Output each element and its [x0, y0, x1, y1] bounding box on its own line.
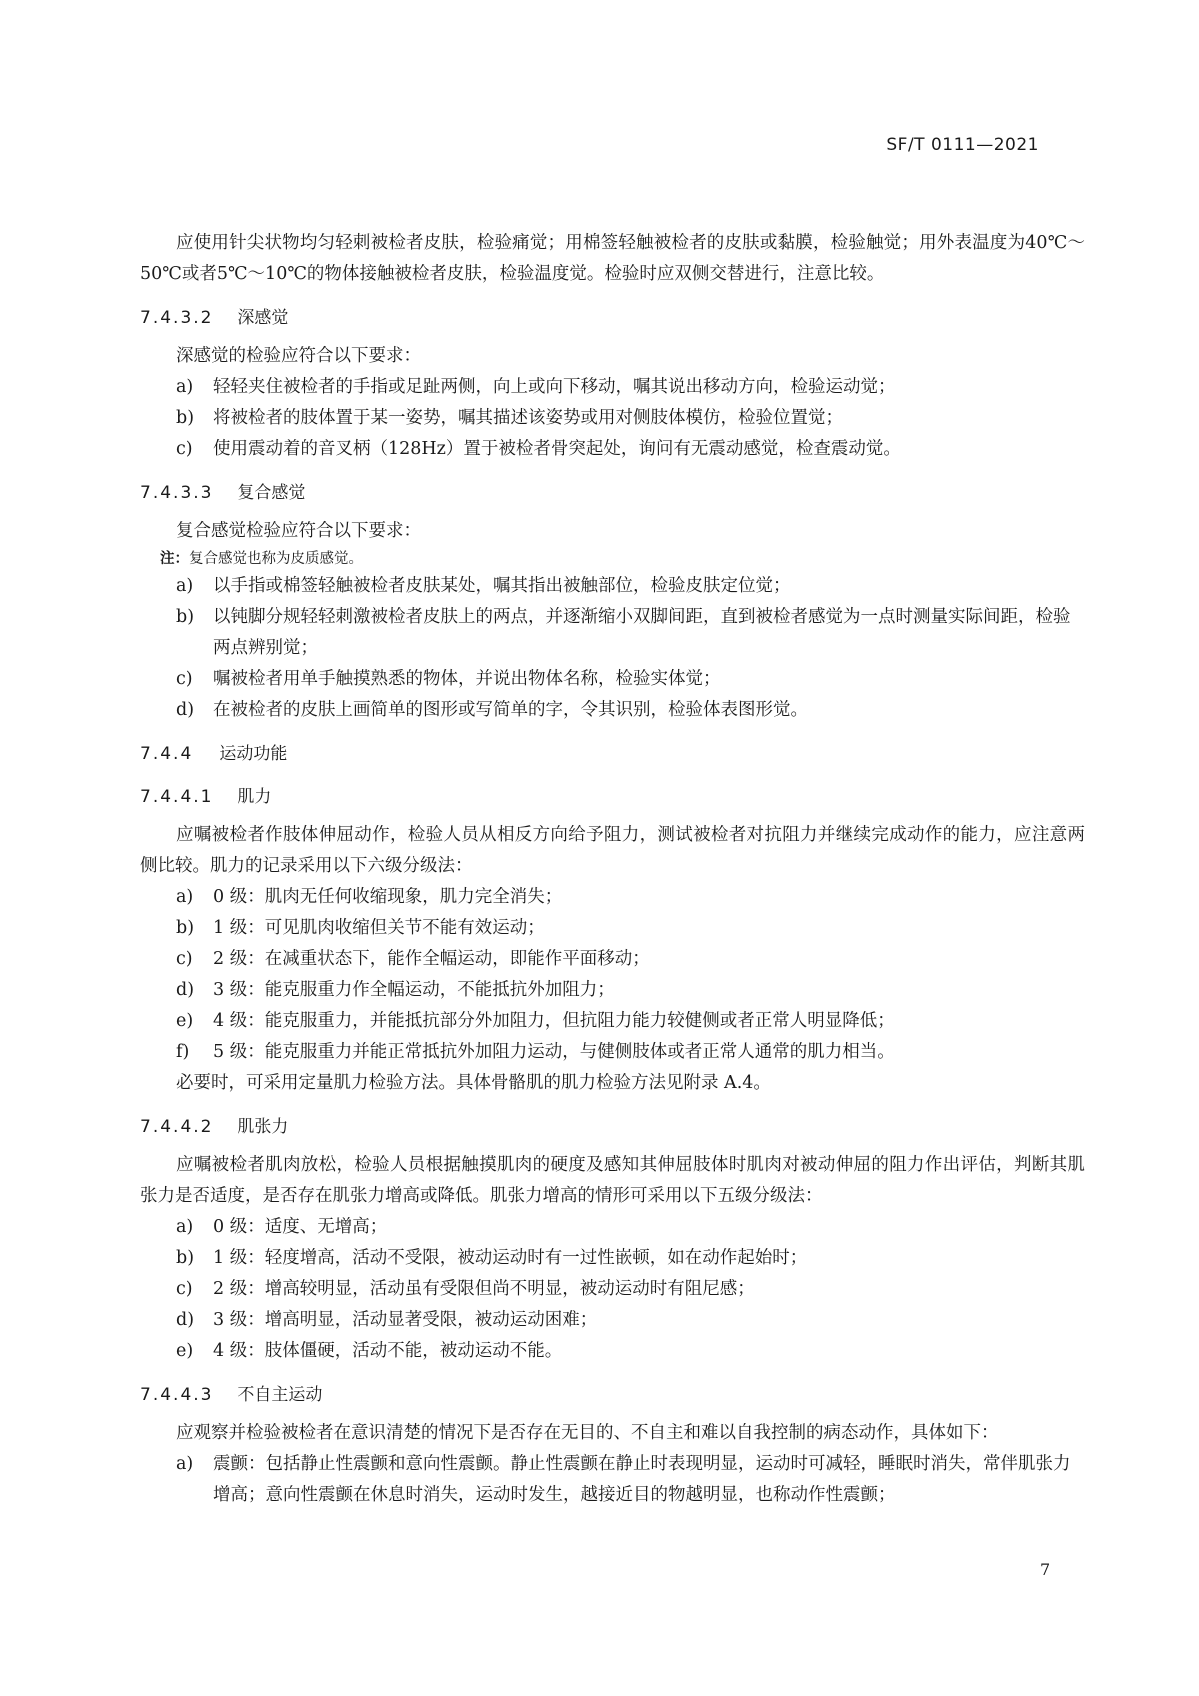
list-item: c)2 级：在减重状态下，能作全幅运动，即能作平面移动； [140, 944, 1085, 975]
list-marker: a) [176, 571, 193, 602]
list-text: 使用震动着的音叉柄（128Hz）置于被检者骨突起处，询问有无震动感觉，检查震动觉… [213, 439, 901, 459]
section-title: 深感觉 [237, 308, 288, 328]
list-item: b)1 级：可见肌肉收缩但关节不能有效运动； [140, 913, 1085, 944]
section-lead: 应观察并检验被检者在意识清楚的情况下是否存在无目的、不自主和难以自我控制的病态动… [140, 1418, 1085, 1449]
section-title: 肌张力 [237, 1117, 288, 1137]
section-lead: 应嘱被检者作肢体伸屈动作，检验人员从相反方向给予阻力，测试被检者对抗阻力并继续完… [140, 820, 1085, 882]
list-marker: e) [176, 1006, 193, 1037]
list-marker: c) [176, 1274, 193, 1305]
section-heading-7443: 7.4.4.3 不自主运动 [140, 1380, 1085, 1410]
section-title: 运动功能 [219, 744, 287, 764]
section-trailer: 必要时，可采用定量肌力检验方法。具体骨骼肌的肌力检验方法见附录 A.4。 [140, 1068, 1085, 1099]
list-marker: a) [176, 882, 193, 913]
section-heading-744: 7.4.4 运动功能 [140, 739, 1085, 769]
note-text: 复合感觉也称为皮质感觉。 [189, 551, 363, 567]
list-text: 0 级：肌肉无任何收缩现象，肌力完全消失； [213, 887, 562, 907]
list-item: a)轻轻夹住被检者的手指或足趾两侧，向上或向下移动，嘱其说出移动方向，检验运动觉… [140, 372, 1085, 403]
list-item: b)以钝脚分规轻轻刺激被检者皮肤上的两点，并逐渐缩小双脚间距，直到被检者感觉为一… [140, 602, 1085, 664]
list-item: a)0 级：适度、无增高； [140, 1212, 1085, 1243]
list-text: 轻轻夹住被检者的手指或足趾两侧，向上或向下移动，嘱其说出移动方向，检验运动觉； [213, 377, 896, 397]
list-text: 1 级：轻度增高，活动不受限，被动运动时有一过性嵌顿，如在动作起始时； [213, 1248, 807, 1268]
list-text: 将被检者的肢体置于某一姿势，嘱其描述该姿势或用对侧肢体模仿，检验位置觉； [213, 408, 843, 428]
list-item: e)4 级：能克服重力，并能抵抗部分外加阻力，但抗阻力能力较健侧或者正常人明显降… [140, 1006, 1085, 1037]
section-heading-7442: 7.4.4.2 肌张力 [140, 1112, 1085, 1142]
list-item: c)使用震动着的音叉柄（128Hz）置于被检者骨突起处，询问有无震动感觉，检查震… [140, 434, 1085, 465]
list-item: d)3 级：能克服重力作全幅运动，不能抵抗外加阻力； [140, 975, 1085, 1006]
list-marker: c) [176, 664, 193, 695]
section-lead: 深感觉的检验应符合以下要求： [140, 341, 1085, 372]
section-number: 7.4.4.1 [140, 782, 232, 812]
section-title: 复合感觉 [237, 483, 305, 503]
list-text: 2 级：在减重状态下，能作全幅运动，即能作平面移动； [213, 949, 650, 969]
list-marker: f) [176, 1037, 189, 1068]
page-body: 应使用针尖状物均匀轻刺被检者皮肤，检验痛觉；用棉签轻触被检者的皮肤或黏膜，检验触… [140, 228, 1085, 1511]
list-item: c)2 级：增高较明显，活动虽有受限但尚不明显，被动运动时有阻尼感； [140, 1274, 1085, 1305]
list-marker: b) [176, 403, 194, 434]
list-item: f)5 级：能克服重力并能正常抵抗外加阻力运动，与健侧肢体或者正常人通常的肌力相… [140, 1037, 1085, 1068]
list-item: a)0 级：肌肉无任何收缩现象，肌力完全消失； [140, 882, 1085, 913]
section-heading-7432: 7.4.3.2 深感觉 [140, 303, 1085, 333]
list-item: b)1 级：轻度增高，活动不受限，被动运动时有一过性嵌顿，如在动作起始时； [140, 1243, 1085, 1274]
list-text: 嘱被检者用单手触摸熟悉的物体，并说出物体名称，检验实体觉； [213, 669, 721, 689]
list-item: c)嘱被检者用单手触摸熟悉的物体，并说出物体名称，检验实体觉； [140, 664, 1085, 695]
list-text: 3 级：能克服重力作全幅运动，不能抵抗外加阻力； [213, 980, 615, 1000]
list-text: 震颤：包括静止性震颤和意向性震颤。静止性震颤在静止时表现明显，运动时可减轻，睡眠… [213, 1454, 1071, 1505]
section-number: 7.4.4.2 [140, 1112, 232, 1142]
list-text: 以手指或棉签轻触被检者皮肤某处，嘱其指出被触部位，检验皮肤定位觉； [213, 576, 791, 596]
section-lead: 复合感觉检验应符合以下要求： [140, 516, 1085, 547]
page-number: 7 [1040, 1560, 1050, 1579]
list-marker: a) [176, 1449, 193, 1480]
standard-code: SF/T 0111—2021 [886, 135, 1039, 155]
list-marker: b) [176, 1243, 194, 1274]
intro-paragraph: 应使用针尖状物均匀轻刺被检者皮肤，检验痛觉；用棉签轻触被检者的皮肤或黏膜，检验触… [140, 228, 1085, 290]
list-marker: b) [176, 602, 194, 633]
section-lead: 应嘱被检者肌肉放松，检验人员根据触摸肌肉的硬度及感知其伸屈肢体时肌肉对被动伸屈的… [140, 1150, 1085, 1212]
list-item: a)以手指或棉签轻触被检者皮肤某处，嘱其指出被触部位，检验皮肤定位觉； [140, 571, 1085, 602]
list-item: d)3 级：增高明显，活动显著受限，被动运动困难； [140, 1305, 1085, 1336]
list-item: d)在被检者的皮肤上画简单的图形或写简单的字，令其识别，检验体表图形觉。 [140, 695, 1085, 726]
section-title: 肌力 [237, 787, 271, 807]
section-number: 7.4.3.3 [140, 478, 232, 508]
list-text: 以钝脚分规轻轻刺激被检者皮肤上的两点，并逐渐缩小双脚间距，直到被检者感觉为一点时… [213, 607, 1071, 658]
note: 注：复合感觉也称为皮质感觉。 [140, 547, 1085, 571]
list-text: 5 级：能克服重力并能正常抵抗外加阻力运动，与健侧肢体或者正常人通常的肌力相当。 [213, 1042, 895, 1062]
section-number: 7.4.3.2 [140, 303, 232, 333]
list-marker: a) [176, 1212, 193, 1243]
section-number: 7.4.4.3 [140, 1380, 232, 1410]
section-heading-7441: 7.4.4.1 肌力 [140, 782, 1085, 812]
list-marker: e) [176, 1336, 193, 1367]
list-item: a)震颤：包括静止性震颤和意向性震颤。静止性震颤在静止时表现明显，运动时可减轻，… [140, 1449, 1085, 1511]
list-item: e)4 级：肢体僵硬，活动不能，被动运动不能。 [140, 1336, 1085, 1367]
section-heading-7433: 7.4.3.3 复合感觉 [140, 478, 1085, 508]
list-text: 在被检者的皮肤上画简单的图形或写简单的字，令其识别，检验体表图形觉。 [213, 700, 808, 720]
list-marker: d) [176, 695, 194, 726]
list-text: 4 级：能克服重力，并能抵抗部分外加阻力，但抗阻力能力较健侧或者正常人明显降低； [213, 1011, 895, 1031]
list-marker: c) [176, 944, 193, 975]
list-text: 0 级：适度、无增高； [213, 1217, 387, 1237]
list-text: 1 级：可见肌肉收缩但关节不能有效运动； [213, 918, 545, 938]
list-text: 4 级：肢体僵硬，活动不能，被动运动不能。 [213, 1341, 562, 1361]
list-marker: b) [176, 913, 194, 944]
list-marker: a) [176, 372, 193, 403]
section-number: 7.4.4 [140, 739, 214, 769]
list-text: 3 级：增高明显，活动显著受限，被动运动困难； [213, 1310, 597, 1330]
list-text: 2 级：增高较明显，活动虽有受限但尚不明显，被动运动时有阻尼感； [213, 1279, 755, 1299]
list-marker: d) [176, 975, 194, 1006]
list-marker: c) [176, 434, 193, 465]
list-item: b)将被检者的肢体置于某一姿势，嘱其描述该姿势或用对侧肢体模仿，检验位置觉； [140, 403, 1085, 434]
list-marker: d) [176, 1305, 194, 1336]
note-label: 注： [160, 550, 189, 567]
section-title: 不自主运动 [237, 1385, 322, 1405]
